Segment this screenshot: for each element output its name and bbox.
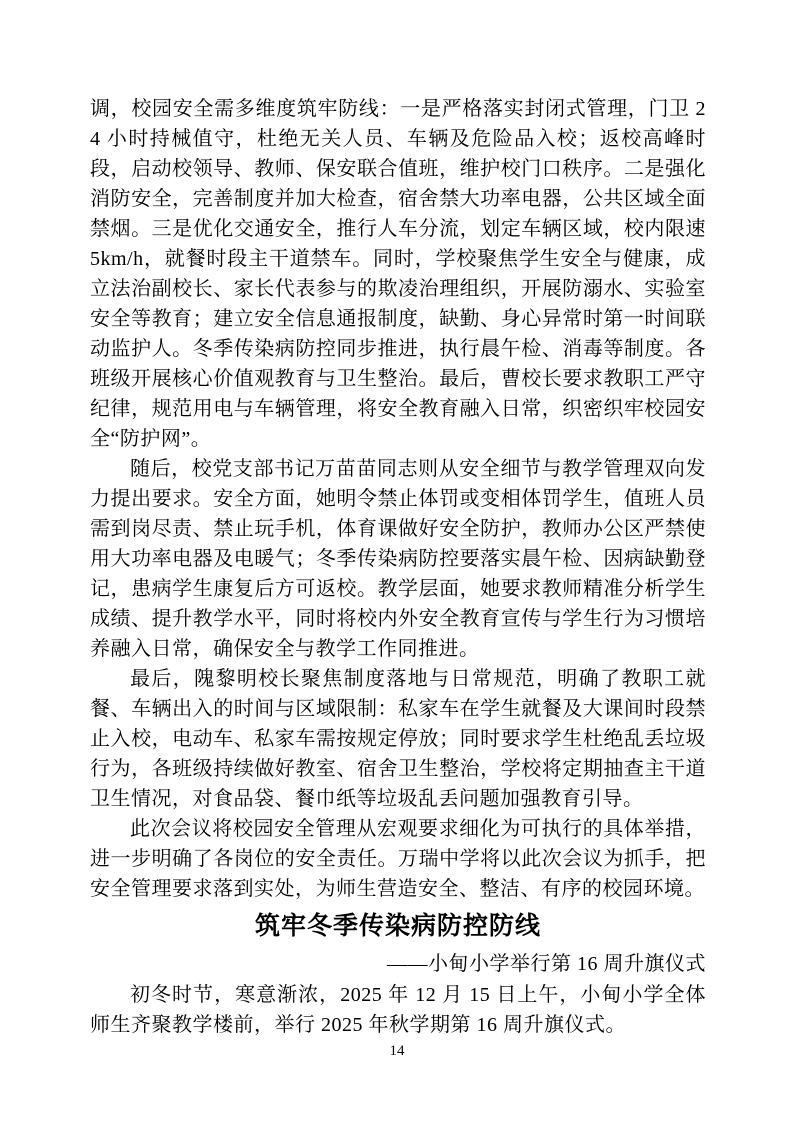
article-title: 筑牢冬季传染病防控防线 <box>90 904 706 948</box>
paragraph: 随后，校党支部书记万苗苗同志则从安全细节与教学管理双向发力提出要求。安全方面，她… <box>90 454 706 664</box>
page-number: 14 <box>0 1042 794 1060</box>
paragraph: 初冬时节，寒意渐浓，2025 年 12 月 15 日上午，小甸小学全体师生齐聚教… <box>90 980 706 1040</box>
document-page: 调，校园安全需多维度筑牢防线：一是严格落实封闭式管理，门卫 24 小时持械值守，… <box>0 0 794 1122</box>
article-subtitle: ——小甸小学举行第 16 周升旗仪式 <box>90 948 706 980</box>
paragraph: 最后，隗黎明校长聚焦制度落地与日常规范，明确了教职工就餐、车辆出入的时间与区域限… <box>90 664 706 814</box>
paragraph-continued: 调，校园安全需多维度筑牢防线：一是严格落实封闭式管理，门卫 24 小时持械值守，… <box>90 94 706 454</box>
paragraph: 此次会议将校园安全管理从宏观要求细化为可执行的具体举措，进一步明确了各岗位的安全… <box>90 814 706 904</box>
page-content: 调，校园安全需多维度筑牢防线：一是严格落实封闭式管理，门卫 24 小时持械值守，… <box>90 94 706 1040</box>
